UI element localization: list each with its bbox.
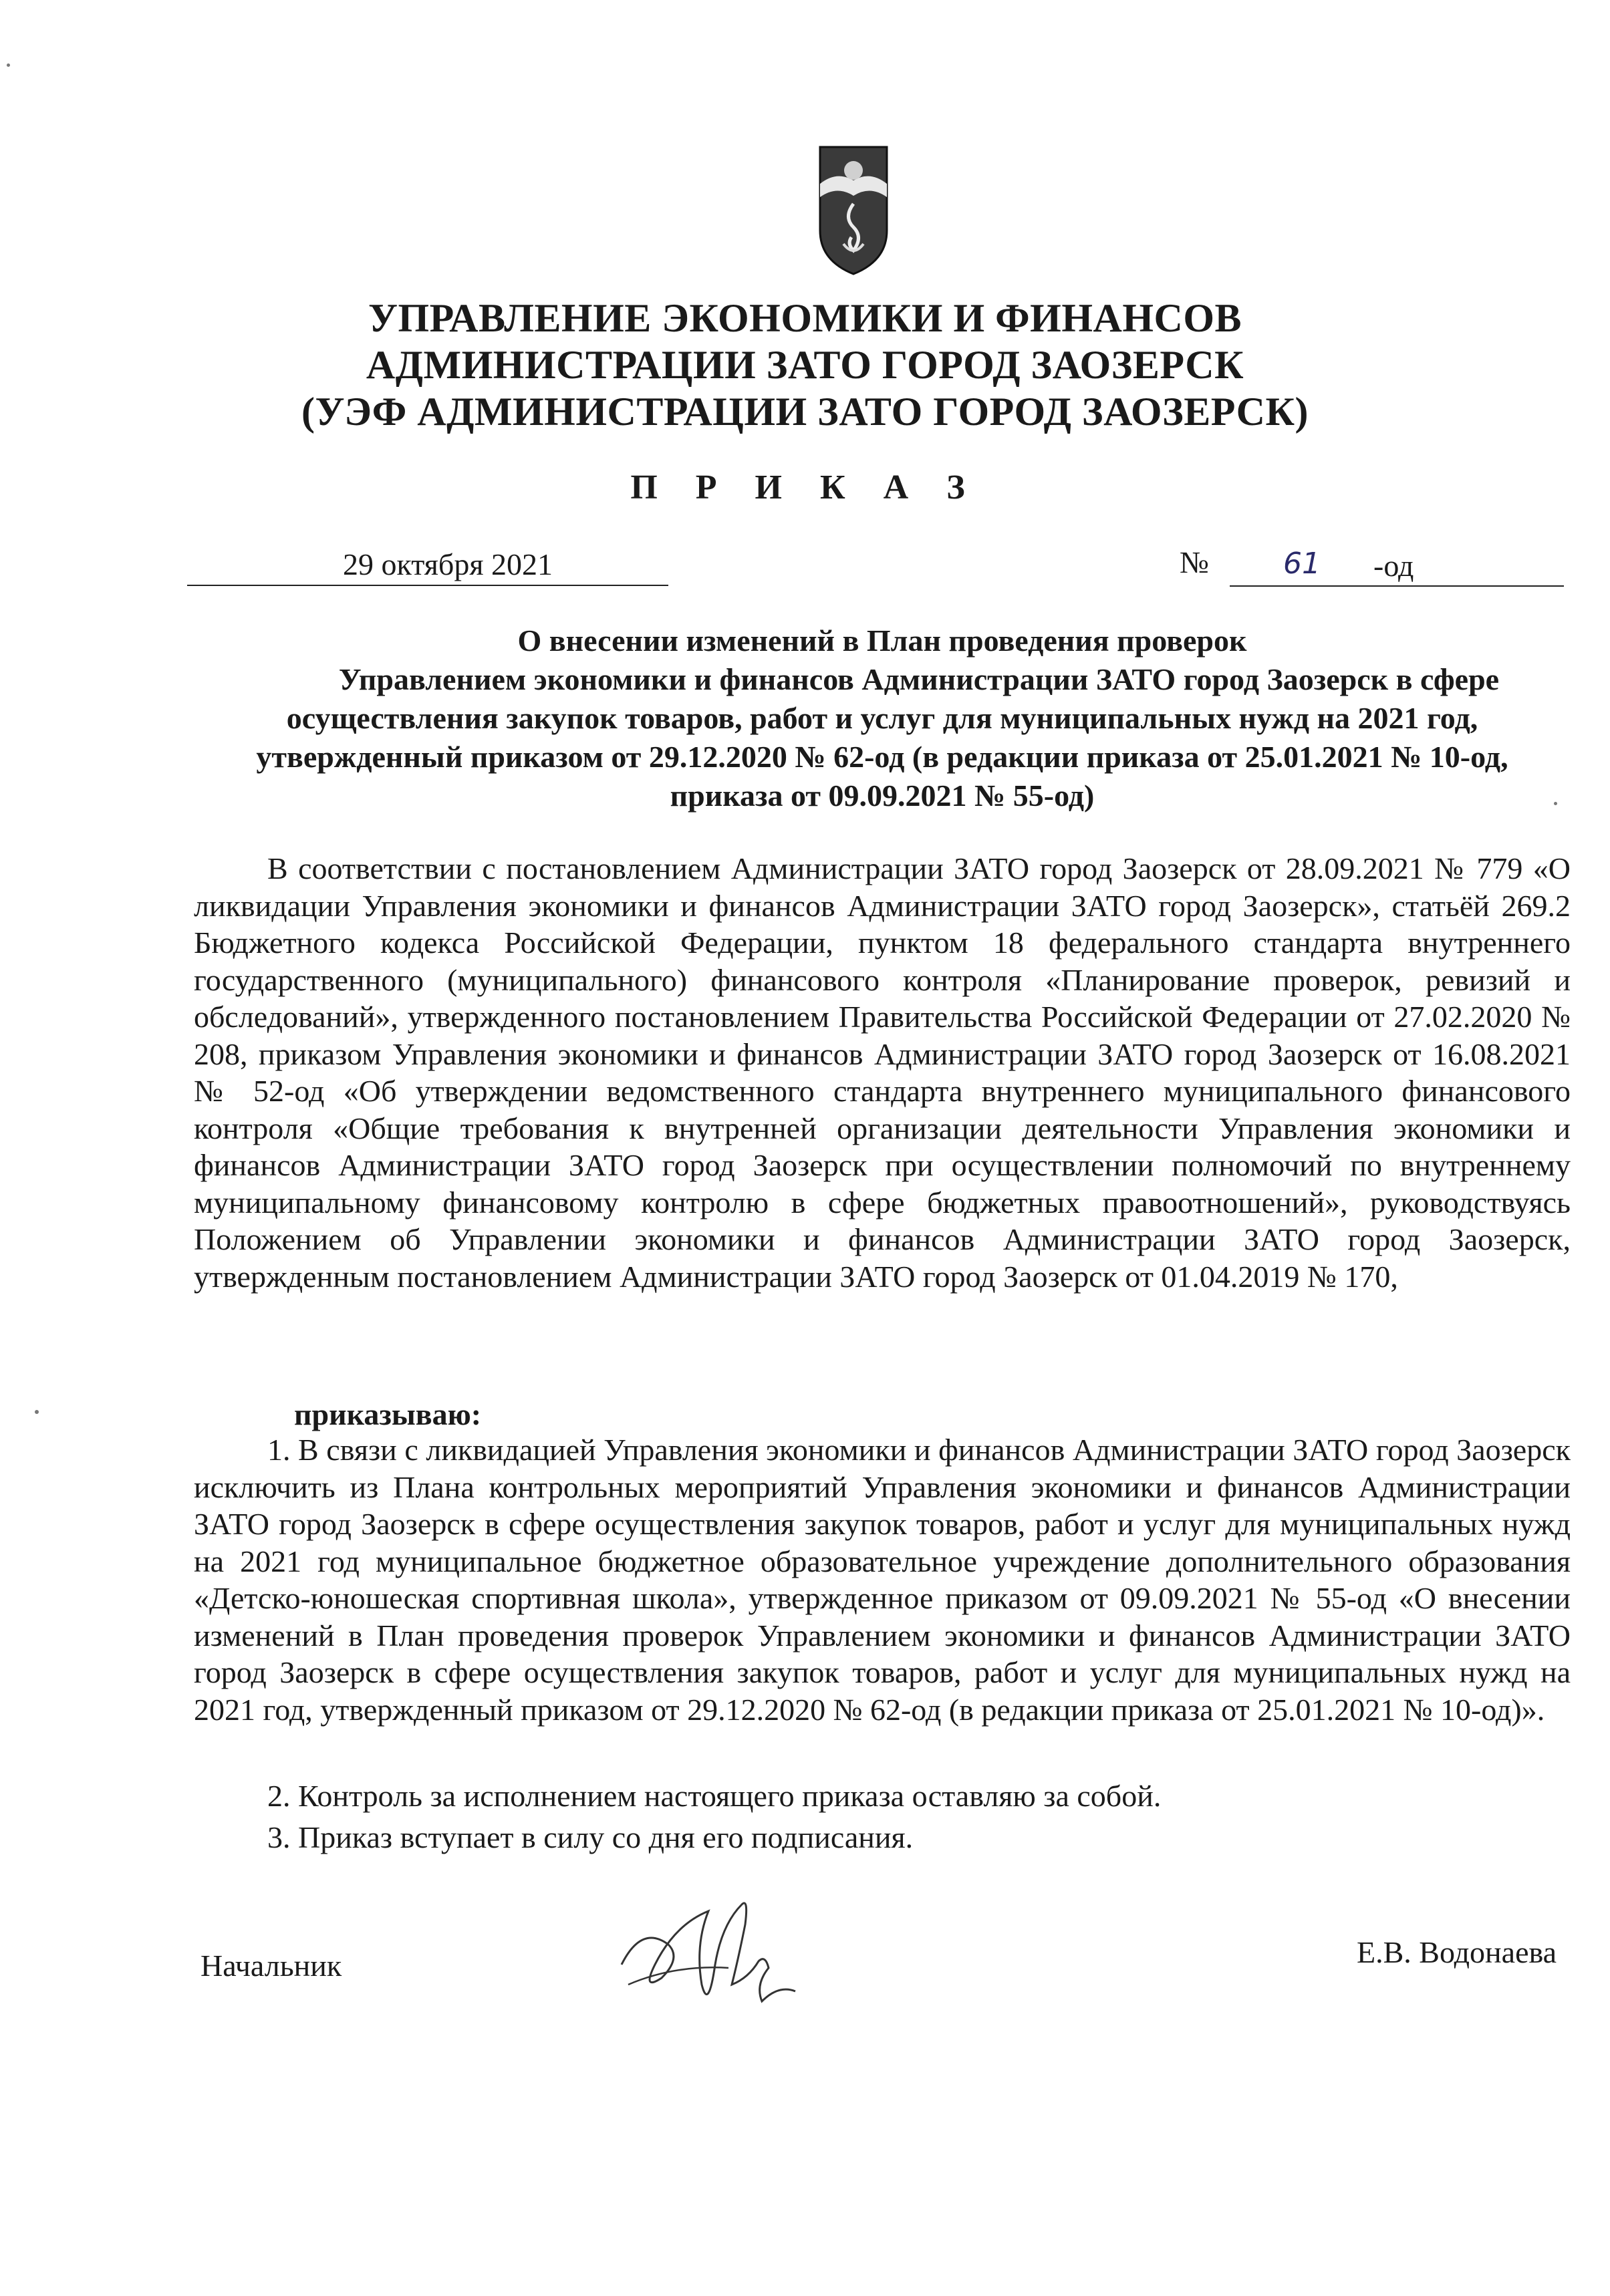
- order-number-handwritten: 61: [1283, 547, 1321, 581]
- scan-artifact: [35, 1410, 39, 1414]
- subject-line: О внесении изменений в План проведения п…: [194, 621, 1571, 660]
- order-subject: О внесении изменений в План проведения п…: [194, 621, 1571, 815]
- signatory-name: Е.В. Водонаева: [1357, 1934, 1557, 1970]
- order-number-suffix: -од: [1373, 548, 1414, 583]
- signatory-position: Начальник: [200, 1948, 342, 1983]
- order-item-3: 3. Приказ вступает в силу со дня его под…: [194, 1819, 1571, 1856]
- org-name-line-2: АДМИНИСТРАЦИИ ЗАТО ГОРОД ЗАОЗЕРСК: [0, 341, 1610, 389]
- document-page: УПРАВЛЕНИЕ ЭКОНОМИКИ И ФИНАНСОВ АДМИНИСТ…: [0, 0, 1610, 2296]
- order-date: 29 октября 2021: [187, 547, 668, 586]
- document-type-title: П Р И К А З: [0, 468, 1610, 507]
- subject-line: Управлением экономики и финансов Админис…: [194, 660, 1571, 699]
- scan-artifact: [7, 63, 10, 67]
- order-item-2: 2. Контроль за исполнением настоящего пр…: [194, 1777, 1571, 1815]
- preamble-paragraph: В соответствии с постановлением Админист…: [194, 850, 1571, 1295]
- order-keyword: приказываю:: [294, 1397, 481, 1432]
- subject-line: утвержденный приказом от 29.12.2020 № 62…: [194, 738, 1571, 776]
- scan-artifact: [1554, 802, 1557, 805]
- subject-line: приказа от 09.09.2021 № 55-од): [194, 776, 1571, 815]
- org-name-line-1: УПРАВЛЕНИЕ ЭКОНОМИКИ И ФИНАНСОВ: [0, 294, 1610, 342]
- subject-line: осуществления закупок товаров, работ и у…: [194, 699, 1571, 738]
- handwritten-signature-icon: [615, 1884, 809, 2025]
- number-sign: №: [1180, 545, 1209, 580]
- coat-of-arms-icon: [817, 144, 890, 277]
- order-item-1: 1. В связи с ликвидацией Управления экон…: [194, 1431, 1571, 1728]
- order-number-field: 61 -од: [1230, 547, 1564, 587]
- org-name-abbrev: (УЭФ АДМИНИСТРАЦИИ ЗАТО ГОРОД ЗАОЗЕРСК): [0, 388, 1610, 436]
